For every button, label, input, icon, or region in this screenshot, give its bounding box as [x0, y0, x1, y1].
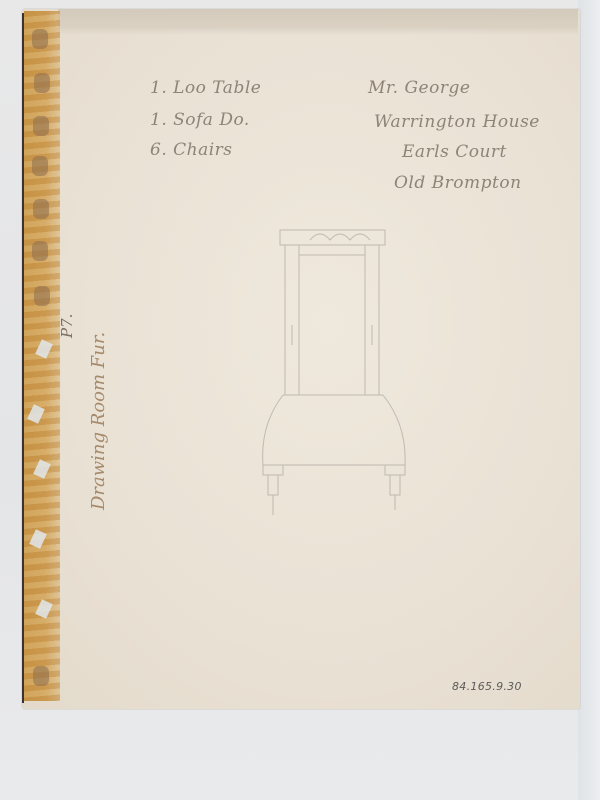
catalog-number: 84.165.9.30 [452, 680, 522, 693]
address-line-4: Old Brompton [394, 173, 522, 193]
hinge-tab [32, 156, 48, 176]
hinge-tab [33, 199, 49, 219]
torn-paper [35, 339, 53, 359]
hinge-tab [32, 241, 48, 261]
inscription-line-2: 1. Sofa Do. [150, 110, 250, 130]
hinge-tab [32, 29, 48, 49]
torn-paper [29, 529, 47, 549]
top-adhesive-residue [58, 9, 578, 35]
margin-label-number: P7. [58, 314, 76, 338]
hinge-tab [33, 116, 49, 136]
torn-paper [35, 599, 53, 619]
address-line-1: Mr. George [368, 78, 470, 98]
address-line-3: Earls Court [402, 142, 507, 162]
hinge-tab [34, 286, 50, 306]
inscription-line-3: 6. Chairs [150, 140, 233, 160]
hinge-tab [33, 666, 49, 686]
margin-label: Drawing Room Fur. [88, 332, 109, 510]
left-adhesive-strip [24, 11, 60, 701]
torn-paper [27, 404, 45, 424]
backdrop-edge [578, 0, 600, 800]
address-line-2: Warrington House [374, 112, 540, 132]
inscription-line-1: 1. Loo Table [150, 78, 261, 98]
torn-paper [33, 459, 51, 479]
chair-sketch [255, 215, 420, 520]
hinge-tab [34, 73, 50, 93]
